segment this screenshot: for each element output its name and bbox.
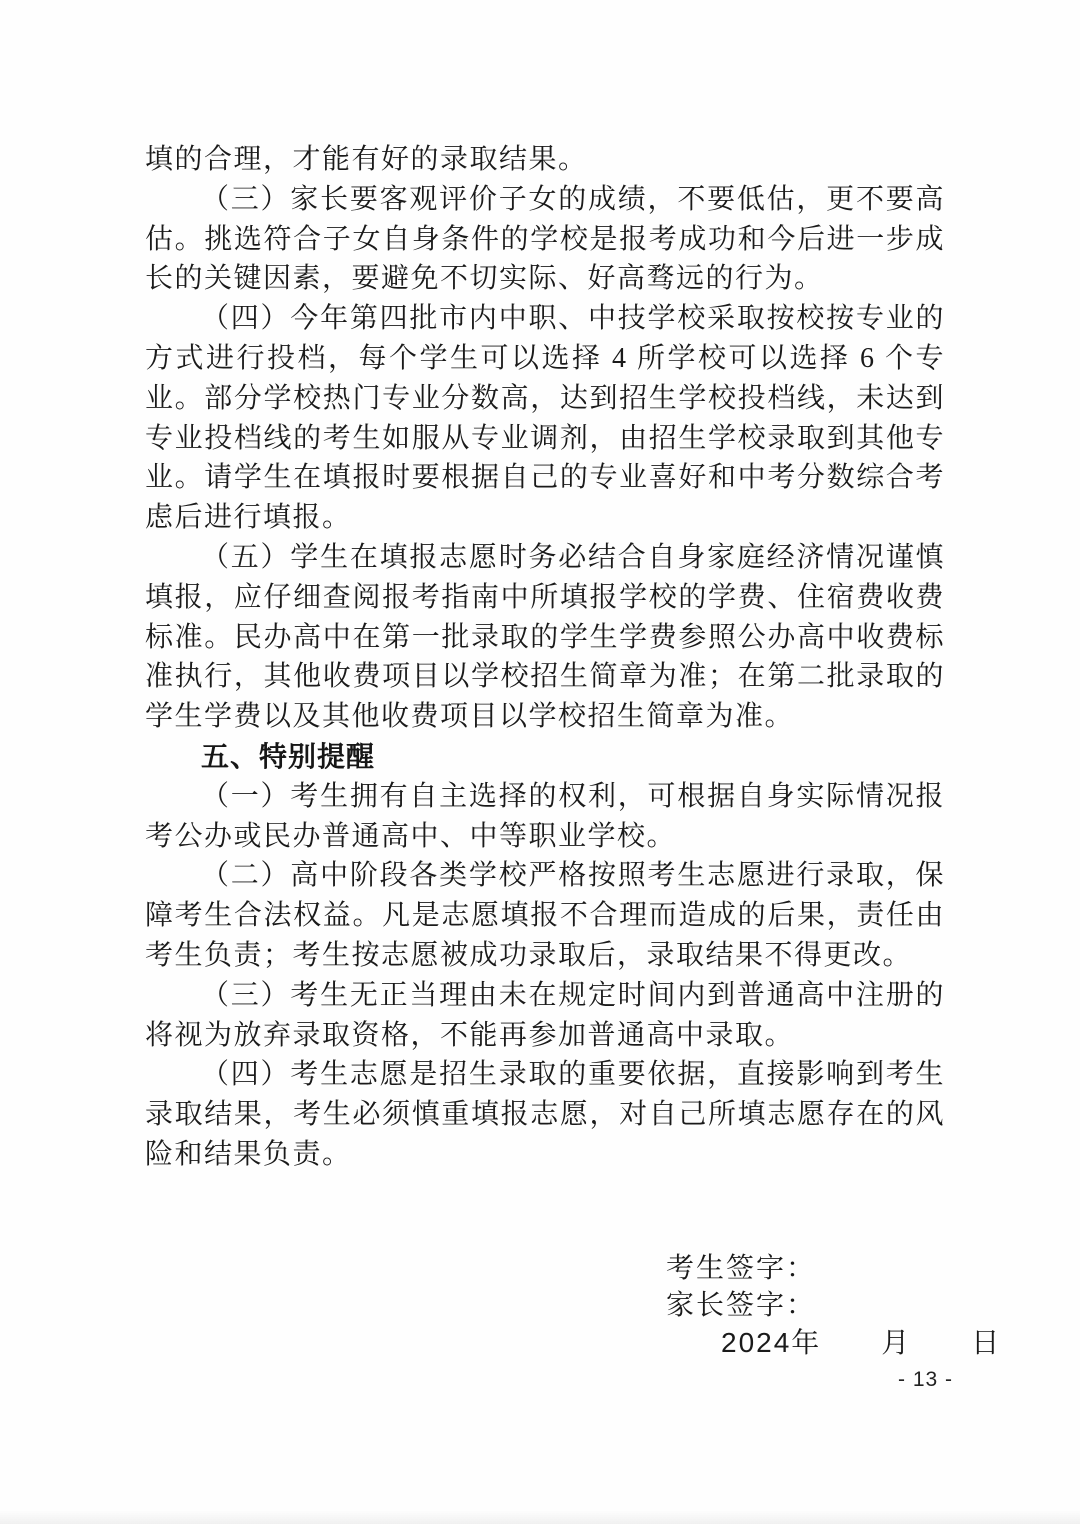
signature-block: 考生签字： 家长签字： 2024年 月 日 [666, 1250, 1001, 1361]
candidate-signature-label: 考生签字： [666, 1250, 1001, 1287]
page-bottom-scan-edge [0, 1510, 1080, 1524]
date-line: 2024年 月 日 [666, 1324, 1001, 1361]
paragraph-item-3-parents-evaluate: （三）家长要客观评价子女的成绩，不要低估，更不要高估。挑选符合子女自身条件的学校… [145, 180, 945, 299]
document-page: 填的合理，才能有好的录取结果。 （三）家长要客观评价子女的成绩，不要低估，更不要… [0, 0, 1080, 1524]
paragraph-reminder-3-registration-deadline: （三）考生无正当理由未在规定时间内到普通高中注册的将视为放弃录取资格，不能再参加… [145, 976, 945, 1056]
section-heading-special-reminder: 五、特别提醒 [145, 737, 945, 777]
paragraph-reminder-4-responsibility: （四）考生志愿是招生录取的重要依据，直接影响到考生录取结果，考生必须慎重填报志愿… [145, 1055, 945, 1174]
parent-signature-label: 家长签字： [666, 1287, 1001, 1324]
paragraph-continuation: 填的合理，才能有好的录取结果。 [145, 140, 945, 180]
paragraph-reminder-1-free-choice: （一）考生拥有自主选择的权利，可根据自身实际情况报考公办或民办普通高中、中等职业… [145, 777, 945, 857]
document-body: 填的合理，才能有好的录取结果。 （三）家长要客观评价子女的成绩，不要低估，更不要… [145, 140, 945, 1175]
paragraph-reminder-2-admission-by-preference: （二）高中阶段各类学校严格按照考生志愿进行录取，保障考生合法权益。凡是志愿填报不… [145, 856, 945, 975]
paragraph-item-5-family-finance: （五）学生在填报志愿时务必结合自身家庭经济情况谨慎填报，应仔细查阅报考指南中所填… [145, 538, 945, 737]
paragraph-item-4-vocational-schools: （四）今年第四批市内中职、中技学校采取按校按专业的方式进行投档，每个学生可以选择… [145, 299, 945, 538]
page-number: - 13 - [898, 1368, 953, 1392]
